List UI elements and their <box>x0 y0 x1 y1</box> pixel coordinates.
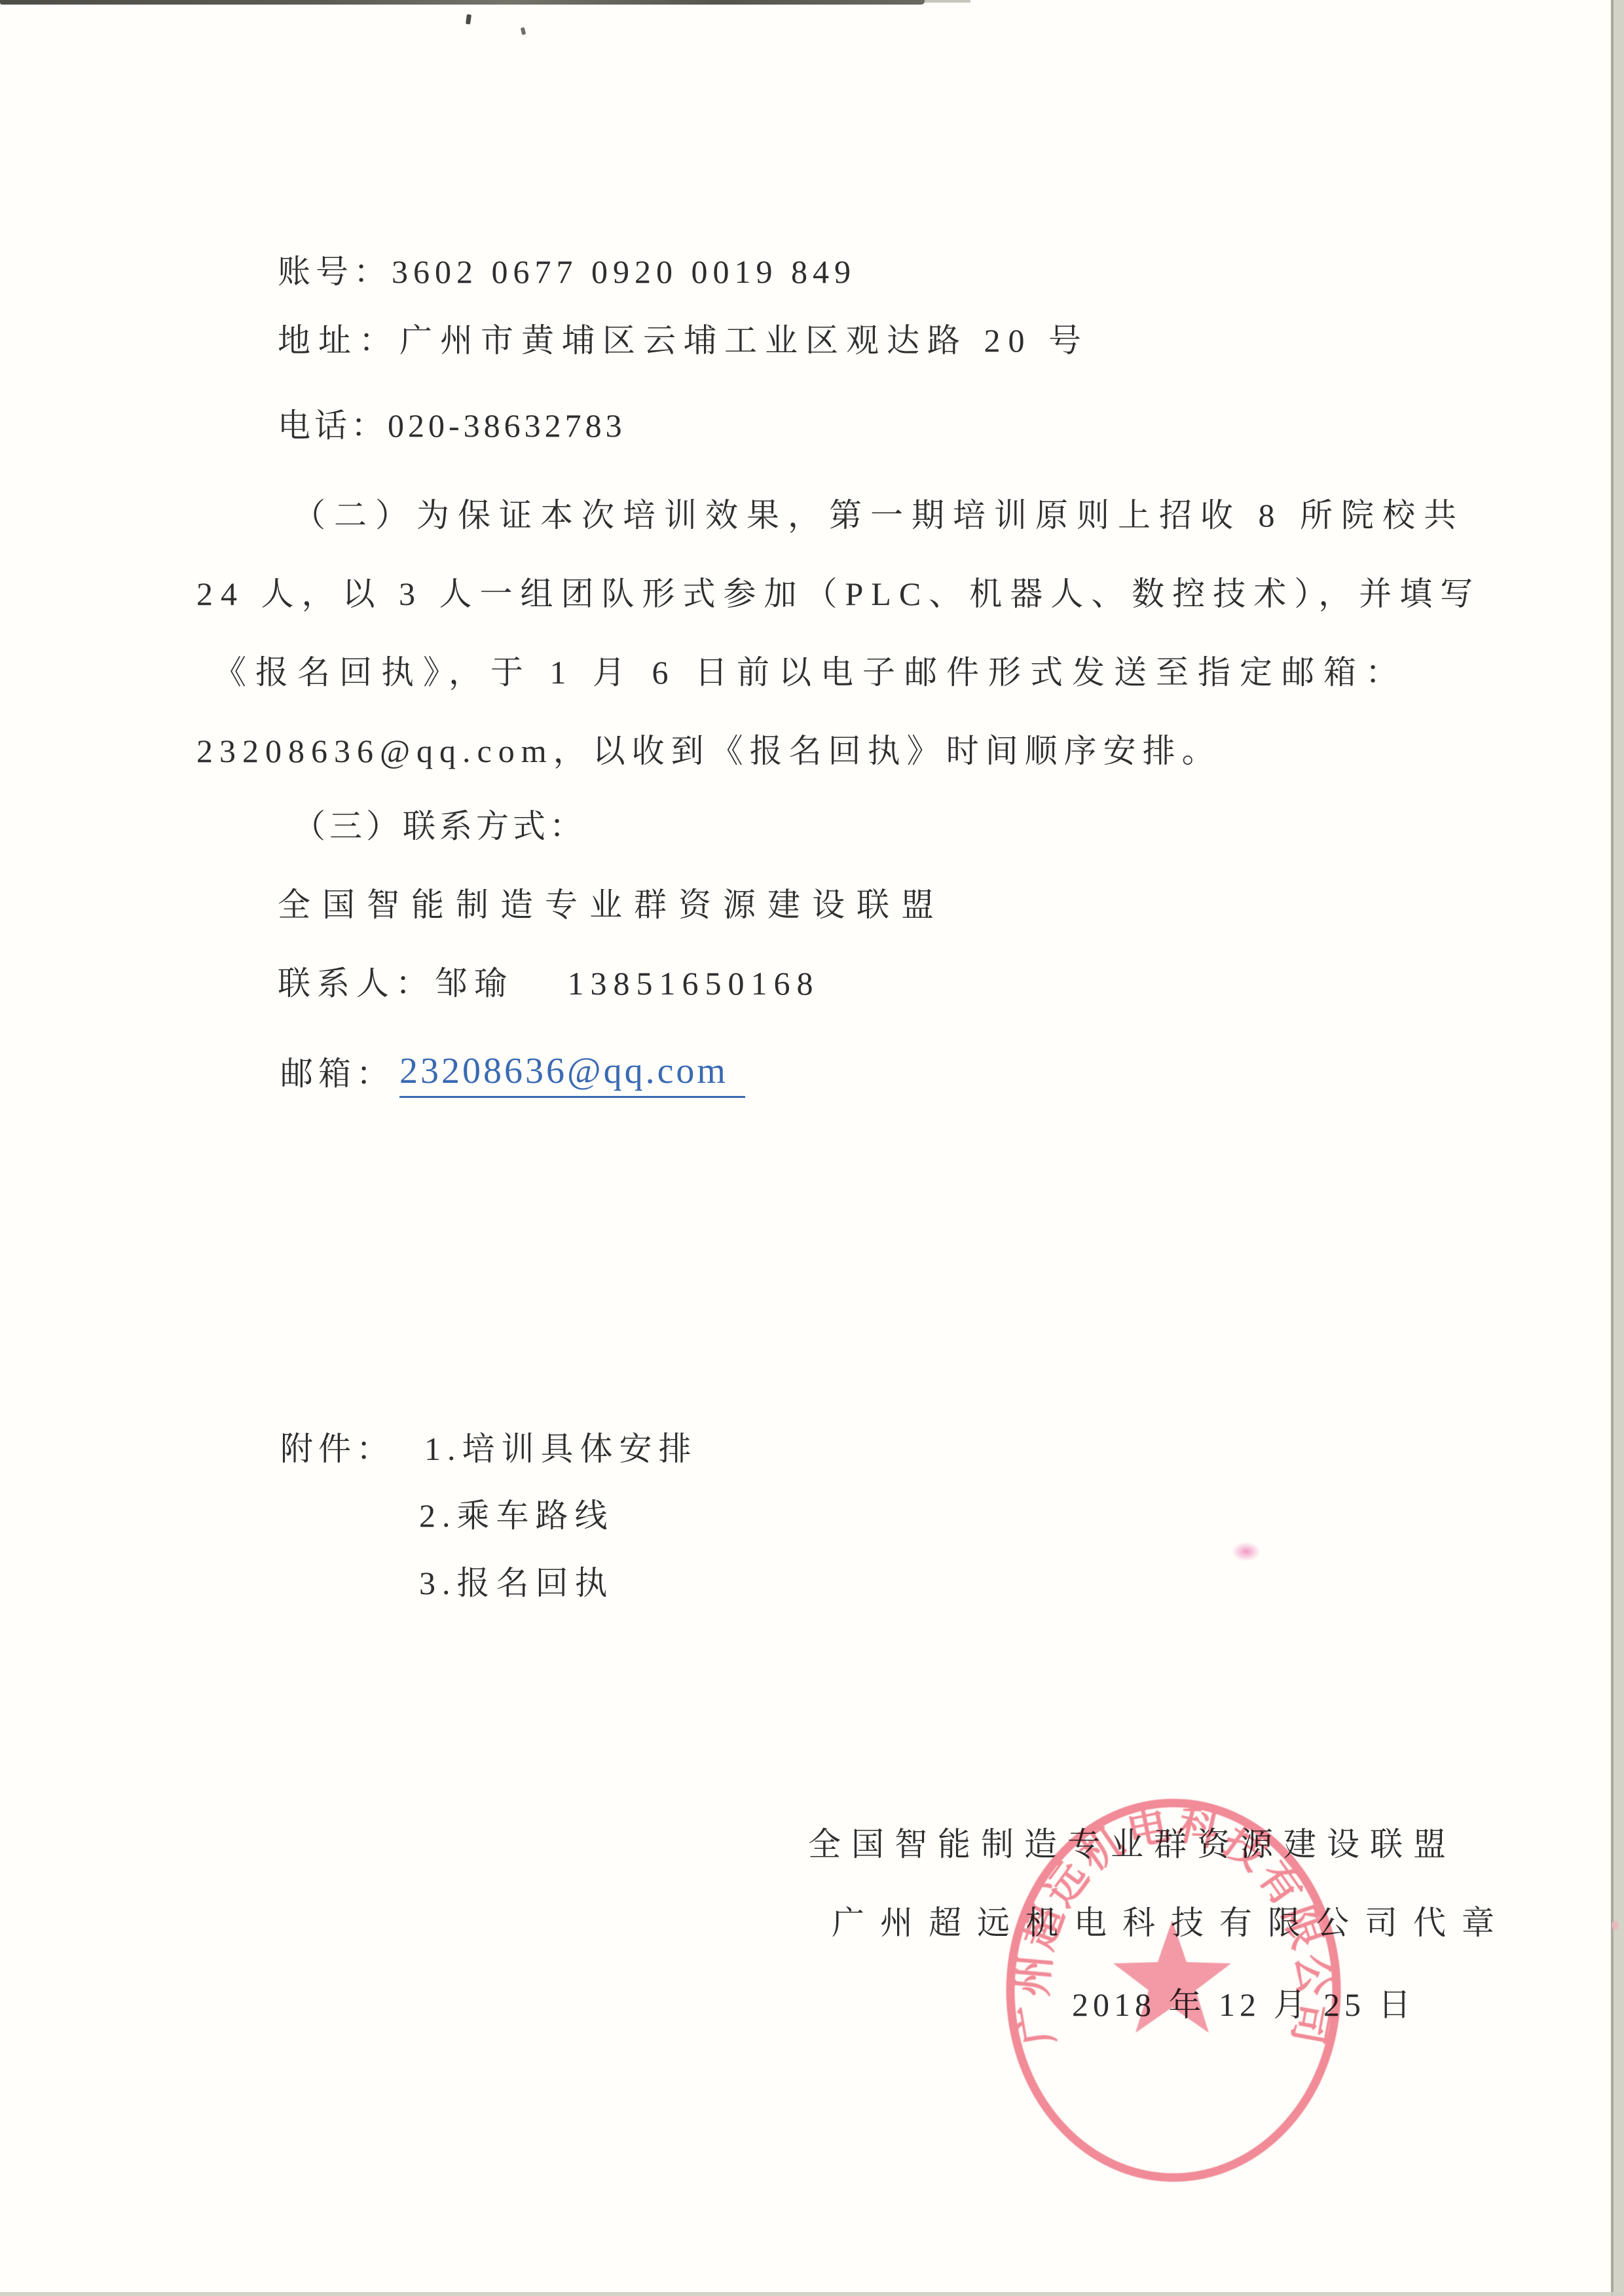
scan-edge-band-bottom <box>0 2292 1624 2296</box>
contact-person-line: 联系人：邹瑜 13851650168 <box>278 967 820 1000</box>
email-link[interactable]: 23208636@qq.com <box>399 1053 745 1098</box>
attachment-item-1: 1.培训具体安排 <box>424 1432 698 1465</box>
scanned-letter-page: 账号：3602 0677 0920 0019 849 地址：广州市黄埔区云埔工业… <box>0 0 1624 2296</box>
para3-heading: （三）联系方式： <box>293 810 586 843</box>
attachment-item-2: 2.乘车路线 <box>419 1499 614 1532</box>
para2-line1: （二）为保证本次培训效果，第一期培训原则上招收 8 所院校共 <box>293 499 1465 532</box>
email-label: 邮箱： <box>280 1057 394 1090</box>
scan-edge-artifact-top <box>0 0 925 5</box>
contact-org-line: 全国智能制造专业群资源建设联盟 <box>278 888 946 921</box>
para2-line2: 24 人，以 3 人一组团队形式参加（PLC、机器人、数控技术），并填写 <box>196 577 1481 610</box>
ink-smudge <box>1232 1542 1260 1561</box>
bank-account-line: 账号：3602 0677 0920 0019 849 <box>278 255 856 288</box>
scan-edge-artifact-top-faint <box>925 0 970 3</box>
bank-phone-line: 电话：020-38632783 <box>278 409 626 442</box>
scan-speck <box>521 27 526 35</box>
para2-line3: 《报名回执》，于 1 月 6 日前以电子邮件形式发送至指定邮箱： <box>213 656 1407 689</box>
company-stamp-seal: 广州超远机电科技有限公司 <box>995 1789 1362 2195</box>
bank-address-line: 地址：广州市黄埔区云埔工业区观达路 20 号 <box>278 324 1089 357</box>
para2-line4: 23208636@qq.com，以收到《报名回执》时间顺序安排。 <box>196 735 1221 767</box>
stamp-star-icon <box>1113 1920 1231 2033</box>
attachments-label: 附件： <box>280 1432 394 1465</box>
scan-speck <box>466 14 471 25</box>
attachment-item-3: 3.报名回执 <box>419 1567 614 1599</box>
ink-dot-edge <box>1612 1921 1619 1930</box>
scan-edge-band-right <box>1611 0 1624 2296</box>
